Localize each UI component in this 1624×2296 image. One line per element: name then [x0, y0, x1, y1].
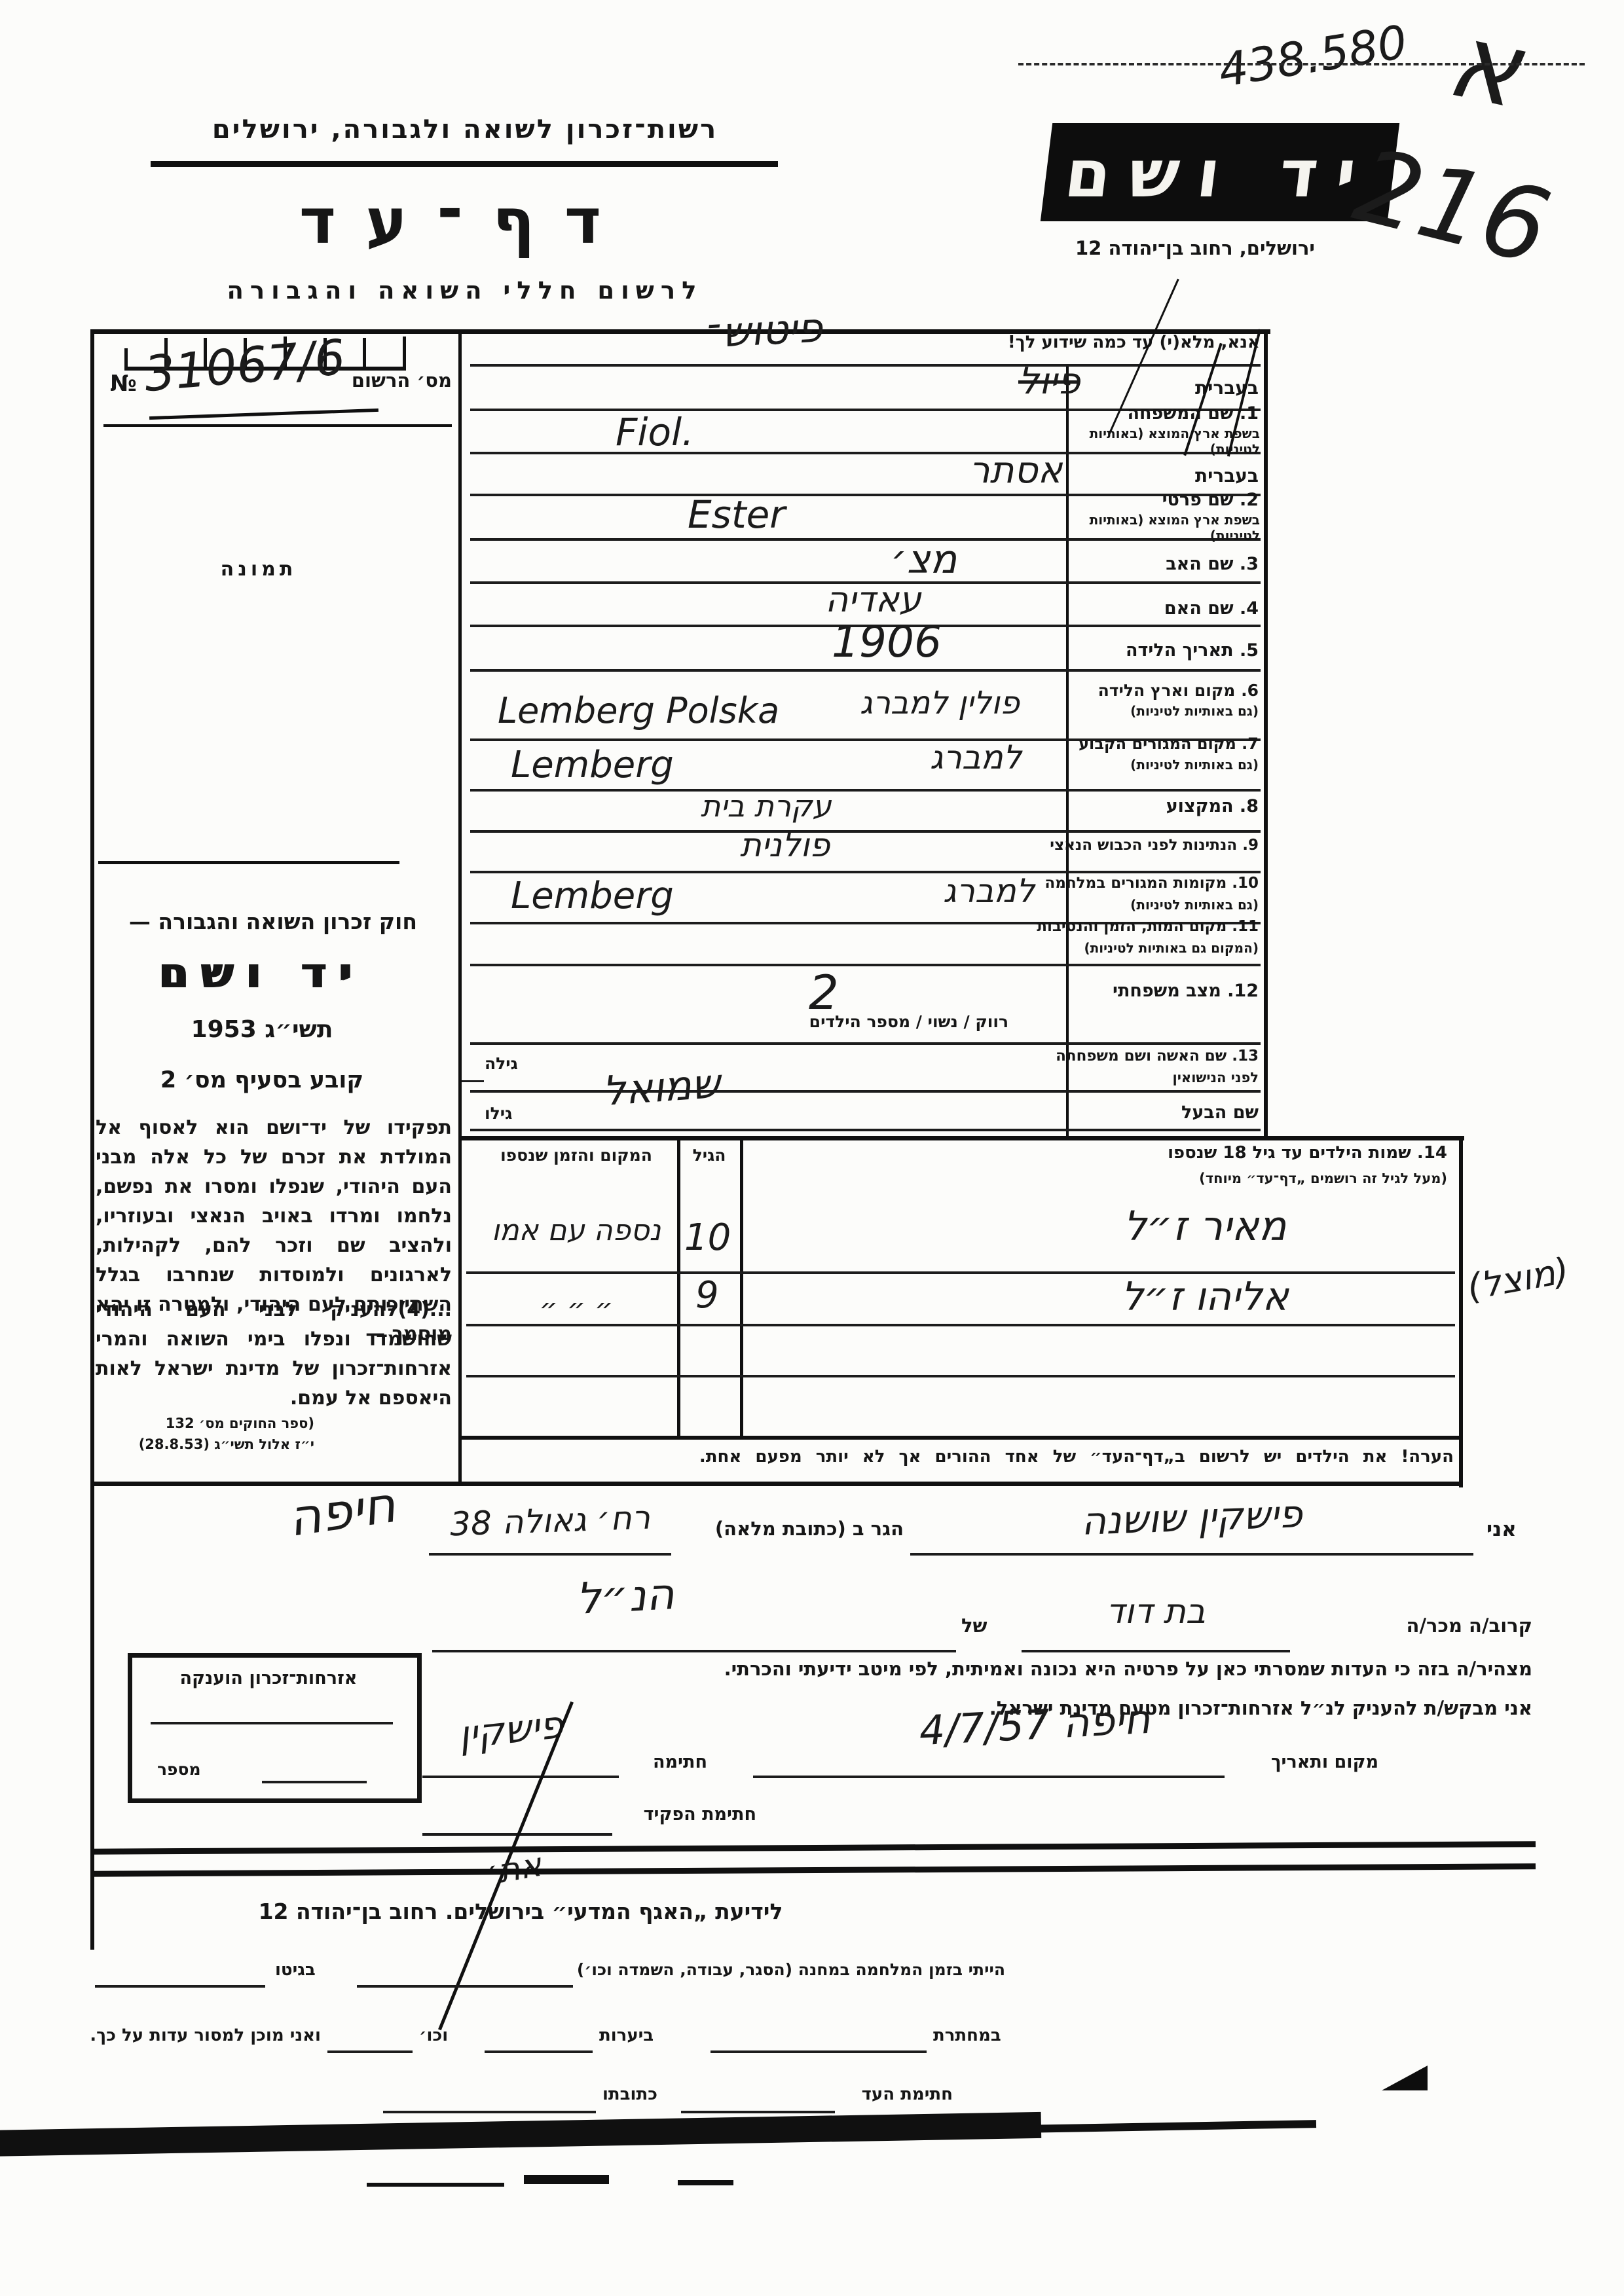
handwritten-child-age: 9: [695, 1274, 719, 1317]
field-label-birthplace: 6. מקום וארץ הלידה: [1074, 681, 1259, 700]
yad-vashem-logo: יד ושם: [1041, 123, 1399, 221]
handwritten-father-name: מצ׳: [891, 537, 957, 583]
field-label-profession: 8. המקצוע: [1074, 796, 1259, 816]
field-sublabel-firstname: בשפת ארץ המוצא (באותיות לטיניות): [1071, 512, 1260, 543]
blank-line: [327, 2050, 413, 2053]
handwritten-signature: פישקין: [456, 1702, 565, 1757]
declaration-resides-label: הגר ב (כתובת מלאה): [674, 1518, 904, 1540]
handwritten-residence-latin: Lemberg: [511, 744, 674, 786]
handwritten-child-fate: נספה עם אמו: [478, 1214, 674, 1247]
husband-age-label: גילו: [485, 1104, 512, 1123]
table-divider: [740, 1136, 743, 1438]
handwritten-war-residence-latin: Lemberg: [511, 875, 674, 917]
declaration-statement: מצהיר/ה בזה כי העדות שמסרתי כאן על פרטיה…: [439, 1658, 1532, 1680]
blank-line: [95, 1985, 265, 1988]
blank-line: [1022, 1650, 1290, 1652]
stamp-number-line: [262, 1781, 367, 1783]
scan-mark-artifact: [678, 2180, 733, 2185]
box-border-left: [90, 329, 94, 1950]
handwritten-page-number: 216: [1344, 126, 1561, 287]
handwritten-witness-address: רח׳ גאולה 38: [418, 1497, 682, 1544]
form-subtitle: לרשום חללי השואה והגבורה: [190, 276, 740, 304]
field-label-hebrew-1: בעברית: [1074, 377, 1259, 399]
blank-line: [357, 1985, 573, 1988]
law-year: תשי״ג 1953: [147, 1016, 377, 1043]
law-clause4: ‏...(4)להעניק לבני העם היהודי שהושמדו ונ…: [96, 1295, 452, 1413]
handwritten-top-name: פיטוש־: [706, 303, 824, 357]
field-sublabel-death: (המקום גם באותיות לטיניות): [1074, 940, 1259, 956]
blank-line: [429, 1553, 671, 1556]
clerk-signature-label: חתימת הפקיד: [619, 1804, 756, 1825]
declaration-i-label: אני: [1486, 1518, 1517, 1541]
law-footnote-1: (ספר החוקים מס׳ 132: [98, 1415, 314, 1431]
handwritten-margin-note: (מוצל): [1464, 1250, 1572, 1308]
scan-streak-artifact: [0, 2112, 1041, 2157]
write-line: [470, 669, 1261, 672]
handwritten-catalog-number: 438.580: [1215, 15, 1411, 98]
field-label-residence: 7. מקום המגורים הקבוע: [1074, 735, 1259, 753]
handwritten-of-whom: הנ״ל: [575, 1569, 675, 1624]
write-line: [470, 1042, 1261, 1045]
field-label-hebrew-2: בעברית: [1074, 465, 1259, 486]
children-note: הערה! את הילדים יש לרשום ב„דף־העד״ של אח…: [469, 1447, 1454, 1467]
handwritten-child-name: מאיר ז״ל: [1022, 1202, 1388, 1250]
handwritten-birth-year: 1906: [832, 617, 942, 667]
box-border-bottom: [92, 1482, 1463, 1486]
field-label-surname: 1. שם המשפחה: [1074, 403, 1259, 424]
scan-triangle-artifact: [1382, 2066, 1428, 2090]
handwritten-mother-name: עאדיה: [825, 579, 921, 620]
yad-vashem-logo-text: יד ושם: [1041, 128, 1399, 220]
table-divider: [677, 1136, 680, 1438]
field-label-nationality: 9. הנתינות לפני הכבוש הנאצי: [1074, 837, 1259, 854]
blank-line: [383, 2111, 596, 2113]
wife-age-label: גילה: [485, 1054, 518, 1073]
handwritten-nationality: פולנית: [740, 826, 830, 864]
separator-rule: [92, 1841, 1536, 1855]
table-bottom-line: [458, 1436, 1463, 1440]
children-border-top: [458, 1136, 1464, 1140]
logo-address: ירושלים, רחוב בן־יהודה 12: [1025, 237, 1365, 259]
handwritten-firstname-hebrew: אסתר: [969, 449, 1062, 492]
signature-label: חתימה: [629, 1752, 707, 1772]
box-border-right-upper: [1264, 329, 1268, 1140]
blank-line: [432, 1650, 956, 1652]
number-sign: №: [110, 371, 137, 397]
field-sublabel-war-residence: (גם באותיות לטיניות): [1074, 897, 1259, 913]
witness-address-label: כתובתו: [602, 2085, 657, 2104]
field-label-husband: שם הבעל: [1074, 1102, 1259, 1123]
footer-heading: לידיעת „האגף המדעי״ בירושלים. רחוב בן־יה…: [229, 1899, 812, 1924]
children-col-place: המקום והזמן שנספו: [478, 1146, 674, 1165]
authority-name: רשות־זכרון לשואה ולגבורה, ירושלים: [154, 115, 776, 145]
mini-line: [462, 1080, 484, 1082]
field-sublabel-wife: לפני הנישואין: [1074, 1070, 1259, 1085]
children-col-age: הגיל: [680, 1146, 739, 1165]
table-row-line: [466, 1375, 1455, 1377]
place-date-label: מקום ותאריך: [1254, 1752, 1378, 1772]
declaration-relative-label: קרוב/ה מכר/ה: [1297, 1614, 1532, 1637]
handwritten-child-age: 10: [684, 1216, 731, 1259]
handwritten-ditto-marks: ״ ״ ״: [498, 1292, 655, 1326]
handwritten-surname-latin: Fiol.: [616, 410, 694, 454]
ghetto-label: בגיטו: [275, 1960, 316, 1980]
blank-line: [485, 2050, 593, 2053]
field-label-wife: 13. שם האשה ושם משפחתה: [1074, 1048, 1259, 1065]
witness-signature-label: חתימת העד: [841, 2085, 953, 2104]
handwritten-war-residence-hebrew: למברג: [943, 872, 1035, 910]
etc-label: וכו׳: [419, 2026, 448, 2045]
field-sublabel-residence: (גם באותיות לטיניות): [1074, 757, 1259, 773]
handwritten-children-count: 2: [809, 965, 839, 1020]
field-label-marital: 12. מצב משפחתי: [1074, 981, 1259, 1001]
handwritten-corner-mark: א: [1439, 0, 1532, 132]
underground-label: במחתרת: [933, 2026, 1001, 2045]
law-title: חוק זכרון השואה והגבורה —: [106, 909, 440, 934]
handwritten-residence-hebrew: למברג: [930, 738, 1022, 776]
blank-line: [910, 1553, 1473, 1556]
scan-streak-artifact: [1022, 2120, 1316, 2133]
field-label-war-residence: 10. מקומות המגורים במלחמה: [1074, 875, 1259, 892]
marital-options: רווק / נשוי / מספר הילדים: [747, 1012, 1008, 1031]
handwritten-firstname-latin: Ester: [688, 492, 785, 537]
handwritten-child-name: אליהו ז״ל: [1022, 1274, 1388, 1320]
write-line: [470, 1090, 1261, 1093]
write-line: [470, 789, 1261, 792]
left-column-separator: [98, 861, 399, 864]
children-field-subtitle: (מעל לגיל זה רושמים „דף־עד״ מיוחד): [950, 1171, 1447, 1186]
law-footnote-2: י״ז אלול תשי״ג (28.8.53): [98, 1436, 314, 1452]
field-sublabel-birthplace: (גם באותיות לטיניות): [1074, 703, 1259, 719]
stamp-number-label: מספר: [157, 1760, 201, 1779]
handwritten-profession: עקרת בית: [701, 788, 831, 824]
separator-rule: [92, 1863, 1536, 1877]
fill-in-instruction: אנא, מלא(י) עד כמה שידוע לך!: [1071, 333, 1260, 352]
write-line: [470, 830, 1261, 833]
handwritten-witness-name: פישקין שושנה: [916, 1485, 1467, 1549]
stamp-title: אזרחות־זכרון הוענקה: [138, 1668, 399, 1688]
ready-to-testify-label: ואני מוכן למסור עדות על כך.: [33, 2026, 321, 2045]
scan-mark-artifact: [367, 2183, 504, 2187]
handwritten-birthplace-hebrew: פולין למברג: [819, 685, 1061, 721]
handwritten-relation: בת דוד: [1035, 1592, 1277, 1631]
blank-line: [753, 1776, 1225, 1778]
photo-placeholder-label: תמונה: [206, 558, 311, 581]
blank-line: [710, 2050, 927, 2053]
page-of-testimony-scan: רשות־זכרון לשואה ולגבורה, ירושלים דף־עד …: [0, 0, 1624, 2296]
field-label-firstname: 2. שם פרטי: [1074, 490, 1259, 510]
handwritten-husband-name: שמואל: [601, 1059, 722, 1115]
write-line: [470, 364, 1261, 367]
registration-rule: [103, 424, 452, 427]
stamp-line: [151, 1722, 393, 1724]
declaration-of-label: של: [961, 1614, 987, 1637]
war-camp-label: הייתי בזמן המלחמה במחנה (הסגר, עבודה, הש…: [576, 1960, 1005, 1979]
field-label-birthdate: 5. תאריך הלידה: [1074, 640, 1259, 661]
field-label-death: 11. מקום המות, הזמן והנסיבות: [1074, 918, 1259, 935]
left-column-divider: [458, 329, 462, 1486]
write-line: [470, 871, 1261, 873]
write-line: [470, 1129, 1261, 1131]
write-line: [470, 964, 1261, 966]
scan-dash-artifact: [1018, 63, 1585, 65]
label-column-divider: [1066, 364, 1069, 1136]
forests-label: ביערות: [599, 2026, 654, 2045]
blank-line: [681, 2111, 835, 2113]
field-label-mother: 4. שם האם: [1074, 598, 1259, 619]
blank-line: [422, 1776, 619, 1778]
field-label-father: 3. שם האב: [1074, 554, 1259, 574]
header-rule: [151, 161, 778, 167]
scan-mark-artifact: [524, 2175, 609, 2184]
form-title: דף־עד: [282, 185, 648, 258]
law-clause: קובע בסעיף מס׳ 2: [115, 1067, 409, 1093]
handwritten-birthplace-latin: Lemberg Polska: [498, 690, 779, 731]
children-border-right: [1459, 1136, 1463, 1487]
handwritten-underline: [149, 409, 378, 420]
law-yad-vashem: יד ושם: [147, 949, 377, 998]
children-field-title: 14. שמות הילדים עד גיל 18 שנספו: [950, 1143, 1447, 1163]
handwritten-surname-hebrew: פיול: [1018, 360, 1080, 403]
